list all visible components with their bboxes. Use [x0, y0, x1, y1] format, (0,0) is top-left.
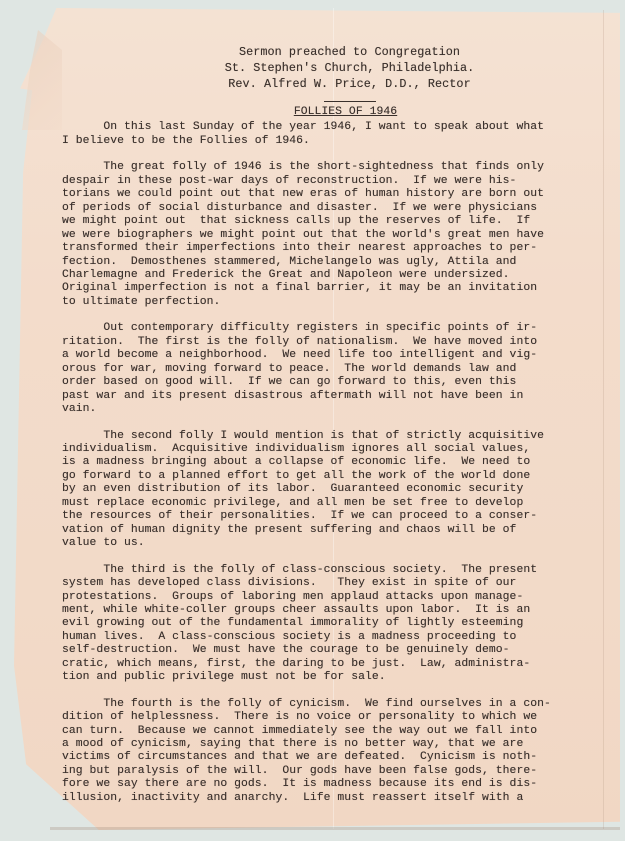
text-line: The great folly of 1946 is the short-sig… [62, 161, 607, 174]
text-line: On this last Sunday of the year 1946, I … [62, 121, 607, 134]
text-line: vain. [62, 403, 607, 416]
text-line: a world become a neighborhood. We need l… [62, 349, 607, 362]
text-line: despair in these post-war days of recons… [62, 175, 607, 188]
text-line: we might point out that sickness calls u… [62, 215, 607, 228]
text-line: must replace economic privilege, and all… [62, 497, 607, 510]
text-line: a mood of cynicism, saying that there is… [62, 738, 607, 751]
text-line: torians we could point out that new eras… [62, 188, 607, 201]
header-line-congregation: Sermon preached to Congregation [92, 44, 607, 60]
text-line: fection. Demosthenes stammered, Michelan… [62, 256, 607, 269]
text-line: The fourth is the folly of cynicism. We … [62, 698, 607, 711]
text-line: self-destruction. We must have the coura… [62, 644, 607, 657]
paper-bottom-edge [50, 827, 620, 830]
text-line: Charlemagne and Frederick the Great and … [62, 269, 607, 282]
text-line: can turn. Because we cannot immediately … [62, 725, 607, 738]
typewritten-document: Sermon preached to Congregation St. Step… [62, 44, 607, 818]
paragraph-nationalism: Out contemporary difficulty registers in… [62, 322, 607, 416]
header-line-church: St. Stephen's Church, Philadelphia. [92, 60, 607, 76]
text-line: The third is the folly of class-consciou… [62, 564, 607, 577]
paragraph-individualism: The second folly I would mention is that… [62, 430, 607, 551]
text-line: we were biographers we might point out t… [62, 229, 607, 242]
text-line: cratic, which means, first, the daring t… [62, 658, 607, 671]
text-line: is a madness bringing about a collapse o… [62, 456, 607, 469]
text-line: to ultimate perfection. [62, 296, 607, 309]
text-line: protestations. Groups of laboring men ap… [62, 591, 607, 604]
text-line: vation of human dignity the present suff… [62, 524, 607, 537]
text-line: I believe to be the Follies of 1946. [62, 135, 607, 148]
text-line: past war and its present disastrous afte… [62, 390, 607, 403]
text-line: human lives. A class-conscious society i… [62, 631, 607, 644]
text-line: value to us. [62, 537, 607, 550]
paragraph-intro: On this last Sunday of the year 1946, I … [62, 121, 607, 148]
text-line: ing but paralysis of the will. Our gods … [62, 765, 607, 778]
header-divider [324, 101, 376, 102]
text-line: the resources of their personalities. If… [62, 510, 607, 523]
text-line: Original imperfection is not a final bar… [62, 282, 607, 295]
text-line: order based on good will. If we can go f… [62, 376, 607, 389]
text-line: ment, while white-coller groups cheer as… [62, 604, 607, 617]
document-header: Sermon preached to Congregation St. Step… [62, 44, 607, 92]
text-line: fore we say there are no gods. It is mad… [62, 778, 607, 791]
text-line: The second folly I would mention is that… [62, 430, 607, 443]
paragraph-cynicism: The fourth is the folly of cynicism. We … [62, 698, 607, 806]
text-line: dition of helplessness. There is no voic… [62, 711, 607, 724]
text-line: go forward to a planned effort to get al… [62, 470, 607, 483]
text-line: Out contemporary difficulty registers in… [62, 322, 607, 335]
text-line: tion and public privilege must not be fo… [62, 671, 607, 684]
text-line: transformed their imperfections into the… [62, 242, 607, 255]
text-line: victims of circumstances and that we are… [62, 751, 607, 764]
text-line: individualism. Acquisitive individualism… [62, 443, 607, 456]
paragraph-class-conscious: The third is the folly of class-consciou… [62, 564, 607, 685]
text-line: system has developed class divisions. Th… [62, 577, 607, 590]
header-line-rector: Rev. Alfred W. Price, D.D., Rector [92, 76, 607, 92]
text-line: orous for war, moving forward to peace. … [62, 363, 607, 376]
text-line: illusion, inactivity and anarchy. Life m… [62, 792, 607, 805]
text-line: evil growing out of the fundamental immo… [62, 617, 607, 630]
paragraph-great-folly: The great folly of 1946 is the short-sig… [62, 161, 607, 309]
sermon-title: FOLLIES OF 1946 [62, 106, 607, 119]
text-line: ritation. The first is the folly of nati… [62, 336, 607, 349]
text-line: by an even distribution of its labor. Gu… [62, 483, 607, 496]
text-line: of periods of social disturbance and dis… [62, 202, 607, 215]
